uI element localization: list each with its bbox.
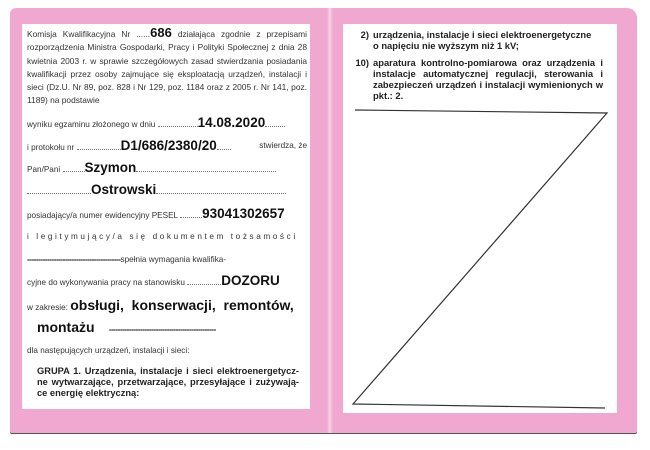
z-cancel-mark <box>0 0 650 450</box>
